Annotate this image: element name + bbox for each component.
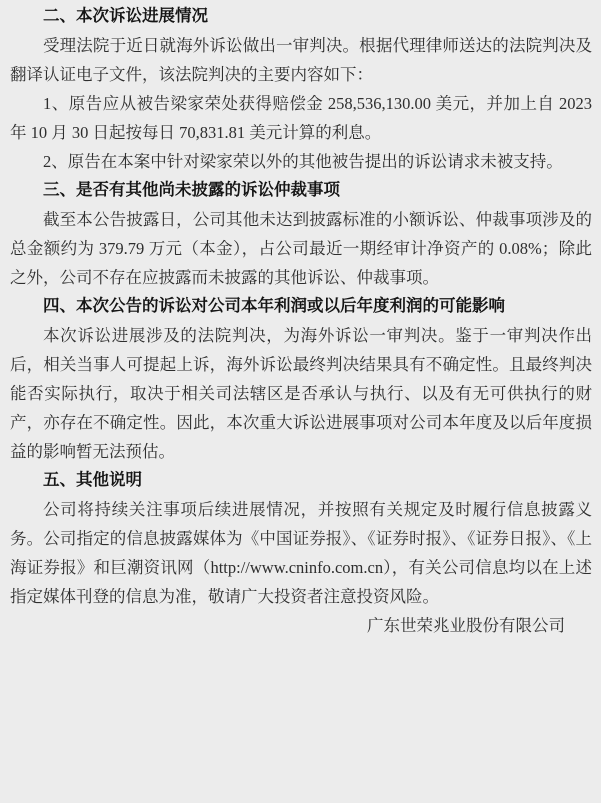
paragraph-judgment-item-1: 1、原告应从被告梁家荣处获得赔偿金 258,536,130.00 美元，并加上自…: [10, 89, 592, 147]
paragraph-judgment-item-2: 2、原告在本案中针对梁家荣以外的其他被告提出的诉讼请求未被支持。: [10, 147, 592, 176]
company-signature: 广东世荣兆业股份有限公司: [10, 611, 592, 640]
paragraph-profit-impact: 本次诉讼进展涉及的法院判决，为海外诉讼一审判决。鉴于一审判决作出后，相关当事人可…: [10, 321, 592, 466]
section-heading-litigation-progress: 二、本次诉讼进展情况: [10, 2, 592, 31]
announcement-document: 二、本次诉讼进展情况 受理法院于近日就海外诉讼做出一审判决。根据代理律师送达的法…: [0, 0, 601, 803]
section-heading-profit-impact: 四、本次公告的诉讼对公司本年利润或以后年度利润的可能影响: [10, 292, 592, 321]
paragraph-other-notes: 公司将持续关注事项后续进展情况，并按照有关规定及时履行信息披露义务。公司指定的信…: [10, 495, 592, 611]
section-heading-undisclosed-matters: 三、是否有其他尚未披露的诉讼仲裁事项: [10, 176, 592, 205]
paragraph-judgment-intro: 受理法院于近日就海外诉讼做出一审判决。根据代理律师送达的法院判决及翻译认证电子文…: [10, 31, 592, 89]
section-heading-other-notes: 五、其他说明: [10, 466, 592, 495]
paragraph-undisclosed-matters: 截至本公告披露日，公司其他未达到披露标准的小额诉讼、仲裁事项涉及的总金额约为 3…: [10, 205, 592, 292]
